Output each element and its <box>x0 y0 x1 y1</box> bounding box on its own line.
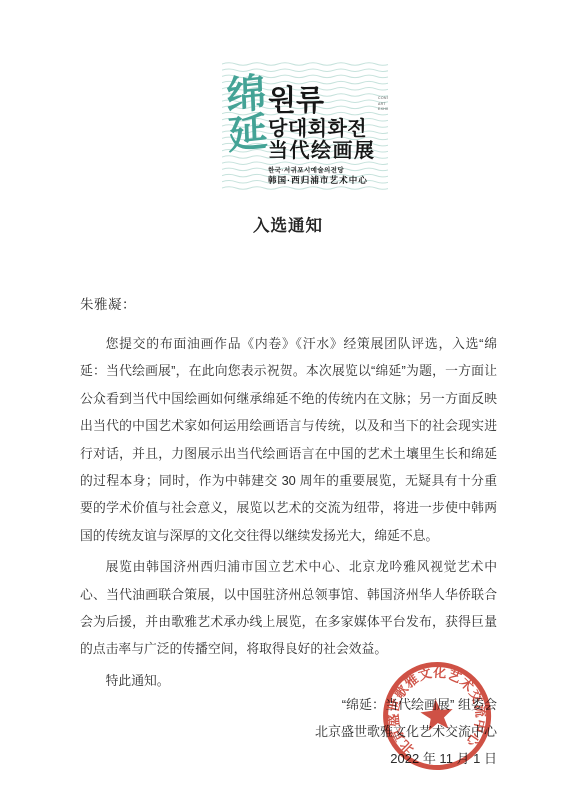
logo-text-column: 원류 CONTEMPORARY ART EXHIBITION 당대회화전 当代绘… <box>268 86 386 186</box>
letter-title: 入选通知 <box>0 212 576 236</box>
signature-date: 2022 年 11 月 1 日 <box>315 745 497 772</box>
salutation: 朱雅凝： <box>80 293 136 313</box>
letter-page: 绵 延 원류 CONTEMPORARY ART EXHIBITION 당대회화전… <box>0 0 576 804</box>
signature-block: “绵延：当代绘画展” 组委会 北京盛世歌雅文化艺术交流中心 2022 年 11 … <box>315 691 497 772</box>
logo-korean-subtitle: 당대회화전 <box>268 118 386 140</box>
logo-venue-korean: 한국·서귀포시예술의전당 <box>268 166 386 175</box>
paragraph-1: 您提交的布面油画作品《内卷》《汗水》经策展团队评选，入选“绵延：当代绘画展”，在… <box>80 330 497 549</box>
letter-body: 您提交的布面油画作品《内卷》《汗水》经策展团队评选，入选“绵延：当代绘画展”，在… <box>80 330 497 694</box>
exhibition-logo: 绵 延 원류 CONTEMPORARY ART EXHIBITION 당대회화전… <box>222 62 388 192</box>
logo-venue-chinese: 韩国·西归浦市艺术中心 <box>268 175 386 186</box>
paragraph-2: 展览由韩国济州西归浦市国立艺术中心、北京龙吟雅风视觉艺术中心、当代油画联合策展，… <box>80 553 497 663</box>
signature-committee: “绵延：当代绘画展” 组委会 <box>315 691 497 718</box>
logo-korean-title: 원류 <box>268 86 386 116</box>
signature-organization: 北京盛世歌雅文化艺术交流中心 <box>315 718 497 745</box>
logo-chinese-subtitle: 当代绘画展 <box>268 140 386 162</box>
logo-english-subtitle: CONTEMPORARY ART EXHIBITION <box>378 96 388 113</box>
logo-calligraphy-mianyan: 绵 延 <box>223 74 271 157</box>
